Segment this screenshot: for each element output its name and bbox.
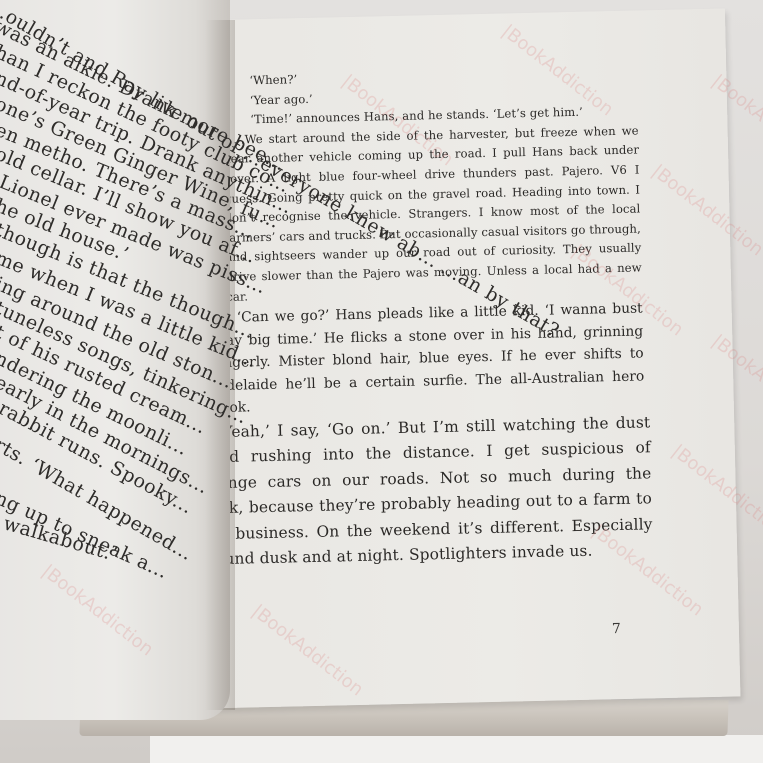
right-page-text: ‘When?’ ‘Year ago.’ ‘Time!’ announces Ha…: [227, 63, 648, 573]
table-surface: [150, 735, 763, 763]
page-number: 7: [612, 621, 621, 637]
paragraph: ‘Yeah,’ I say, ‘Go on.’ But I’m still wa…: [195, 410, 653, 573]
paragraph: ‘Can we go?’ Hans pleads like a little k…: [214, 298, 644, 420]
left-page-text: ...ouldn’t and Ray live out of ...everyo…: [0, 0, 230, 540]
photo-scene: ‘When?’ ‘Year ago.’ ‘Time!’ announces Ha…: [0, 0, 763, 763]
